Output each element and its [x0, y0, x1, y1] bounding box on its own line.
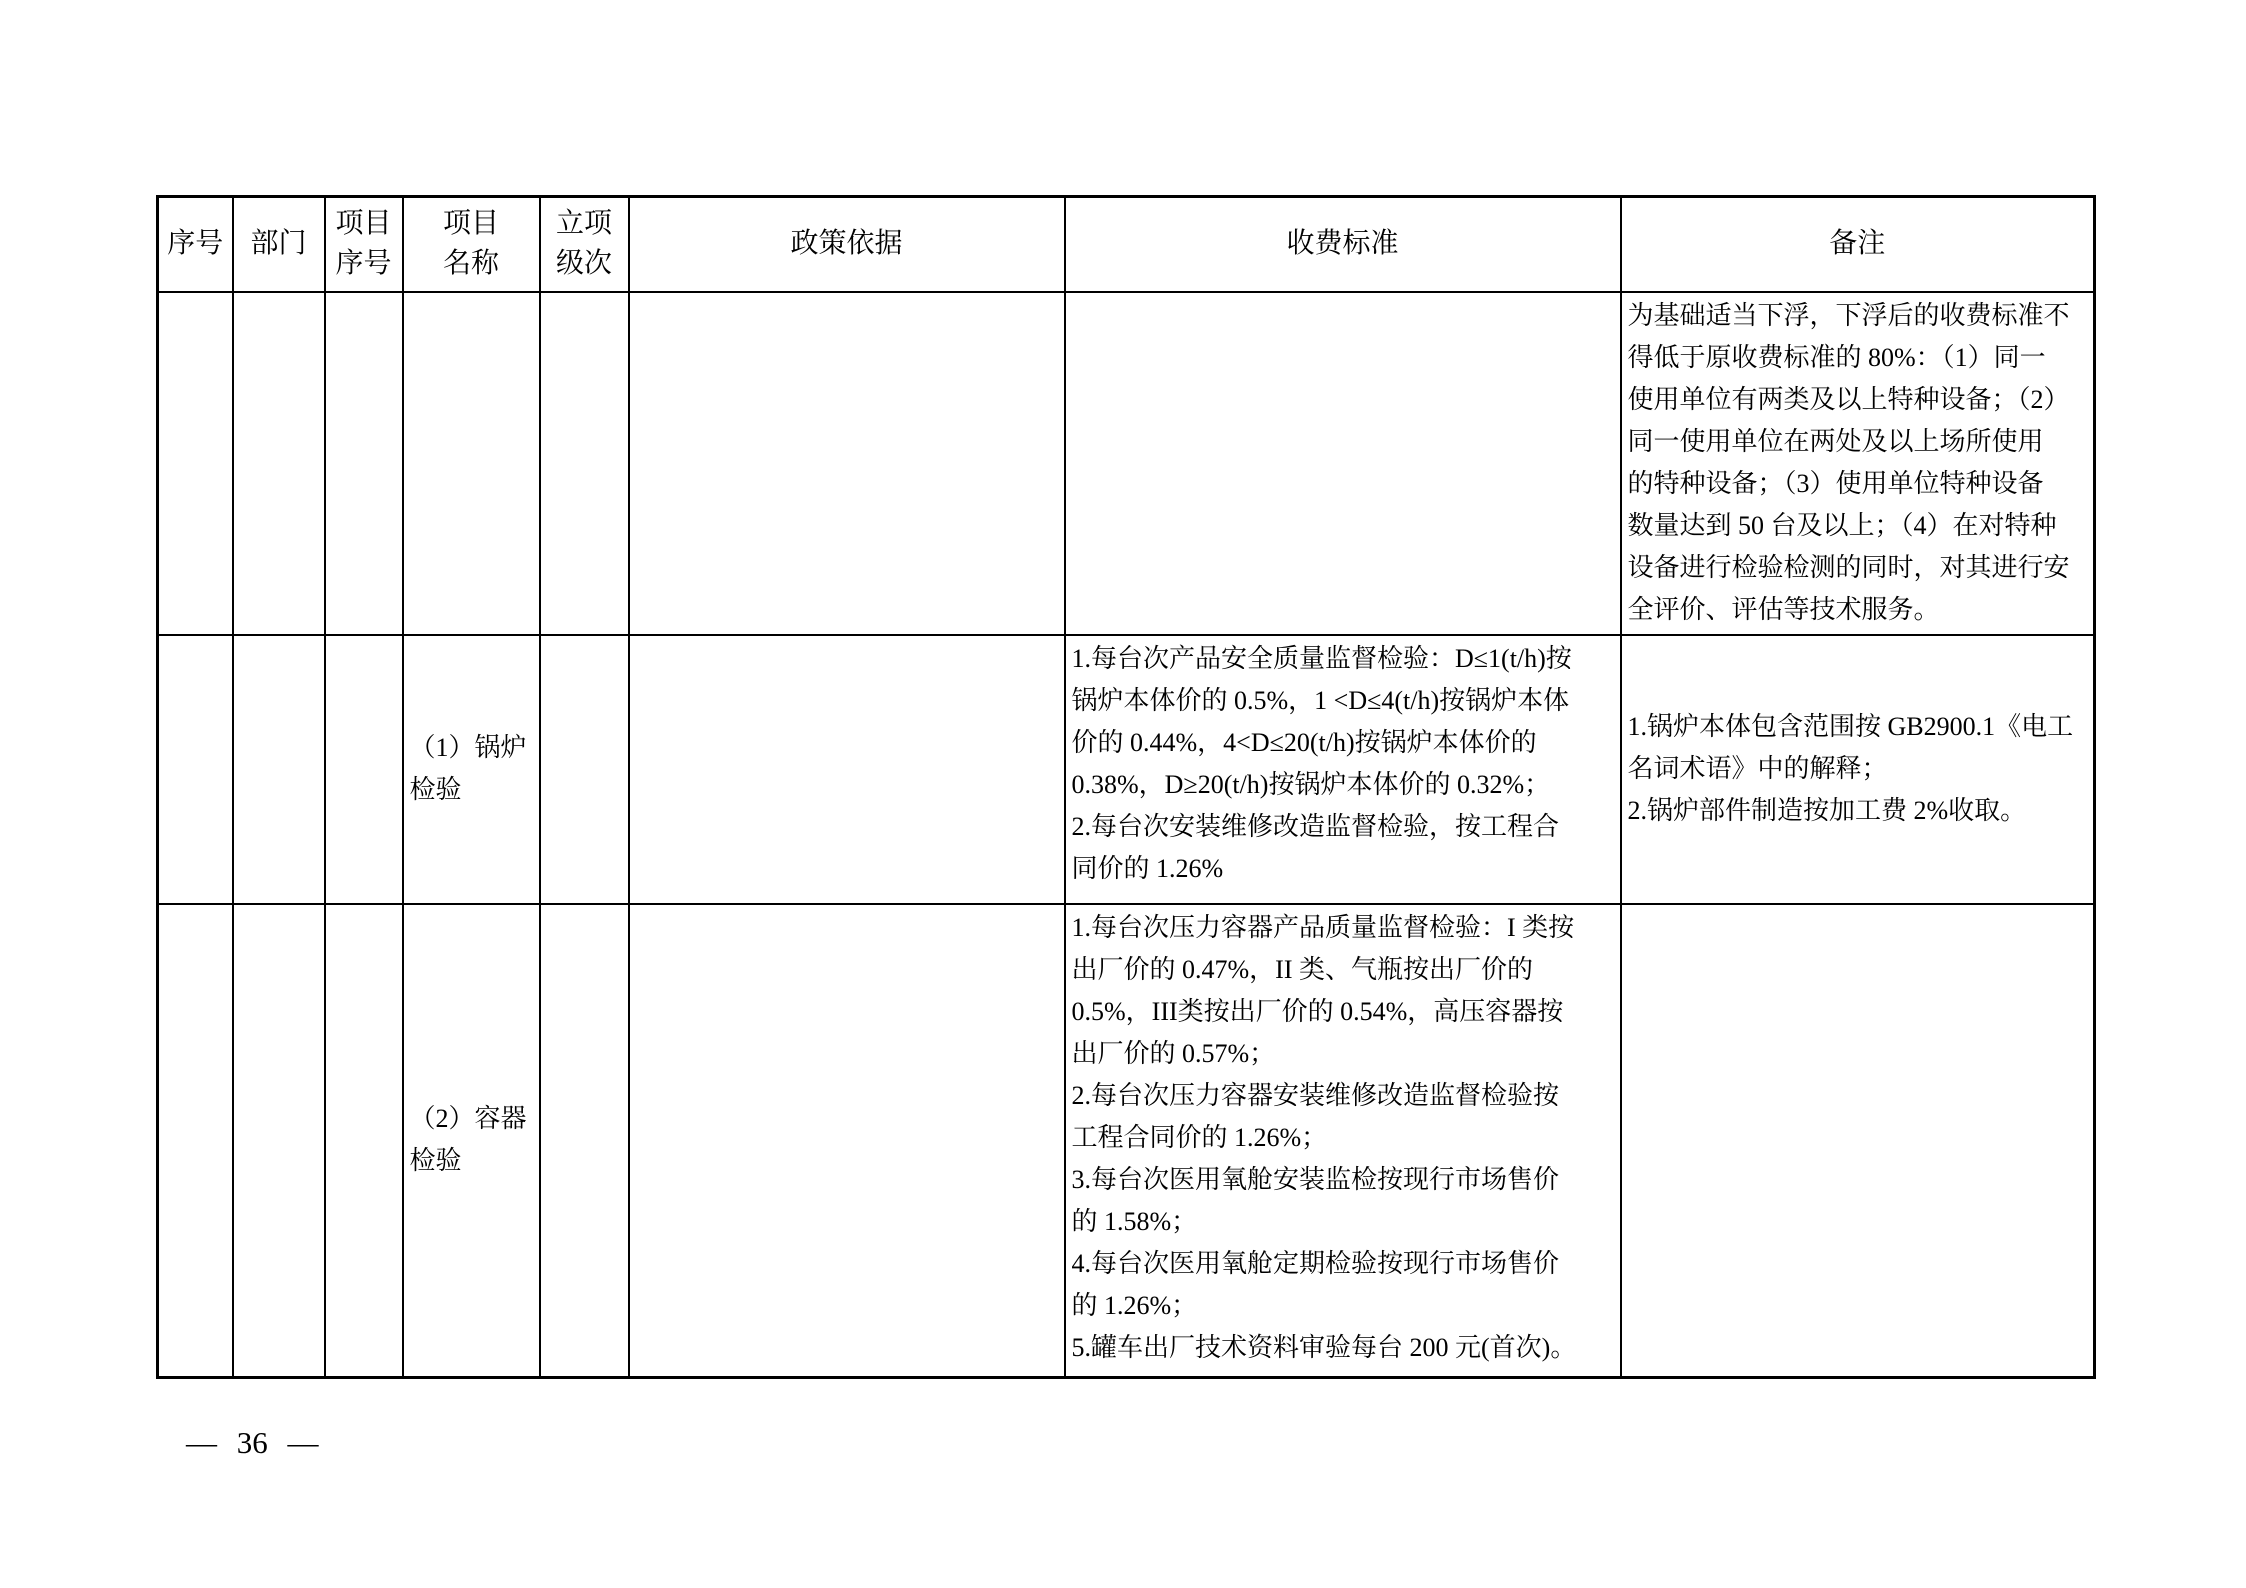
table-row-boiler-inspection: （1）锅炉 检验 1.每台次产品安全质量监督检验：D≤1(t/h)按 锅炉本体价… — [158, 635, 2095, 904]
page-number: — 36 — — [186, 1425, 319, 1461]
cell-r2-project-serial — [325, 635, 403, 904]
cell-r3-project-serial — [325, 904, 403, 1378]
header-cell-fee-standard: 收费标准 — [1065, 197, 1621, 292]
cell-r2-approval-level — [540, 635, 629, 904]
cell-r2-policy-basis — [629, 635, 1065, 904]
document-page: 序号 部门 项目 序号 项目 名称 立项 级次 政策依据 收费标准 备注 为基础… — [0, 0, 2246, 1588]
cell-r1-fee-standard — [1065, 292, 1621, 635]
cell-r2-department — [233, 635, 325, 904]
header-cell-serial-number: 序号 — [158, 197, 233, 292]
header-cell-department: 部门 — [233, 197, 325, 292]
header-cell-policy-basis: 政策依据 — [629, 197, 1065, 292]
cell-r3-approval-level — [540, 904, 629, 1378]
cell-r1-project-serial — [325, 292, 403, 635]
fee-standard-table: 序号 部门 项目 序号 项目 名称 立项 级次 政策依据 收费标准 备注 为基础… — [156, 195, 2096, 1379]
cell-r1-serial-number — [158, 292, 233, 635]
cell-r3-remarks — [1621, 904, 2095, 1378]
cell-r1-remarks: 为基础适当下浮，下浮后的收费标准不 得低于原收费标准的 80%：（1）同一 使用… — [1621, 292, 2095, 635]
table-row-continued-remark: 为基础适当下浮，下浮后的收费标准不 得低于原收费标准的 80%：（1）同一 使用… — [158, 292, 2095, 635]
cell-r2-project-name: （1）锅炉 检验 — [403, 635, 540, 904]
table-row-vessel-inspection: （2）容器 检验 1.每台次压力容器产品质量监督检验：I 类按 出厂价的 0.4… — [158, 904, 2095, 1378]
table-header-row: 序号 部门 项目 序号 项目 名称 立项 级次 政策依据 收费标准 备注 — [158, 197, 2095, 292]
cell-r3-department — [233, 904, 325, 1378]
cell-r3-serial-number — [158, 904, 233, 1378]
cell-r2-remarks: 1.锅炉本体包含范围按 GB2900.1《电工 名词术语》中的解释； 2.锅炉部… — [1621, 635, 2095, 904]
cell-r2-fee-standard: 1.每台次产品安全质量监督检验：D≤1(t/h)按 锅炉本体价的 0.5%，1 … — [1065, 635, 1621, 904]
cell-r1-policy-basis — [629, 292, 1065, 635]
header-cell-project-serial: 项目 序号 — [325, 197, 403, 292]
cell-r3-policy-basis — [629, 904, 1065, 1378]
header-cell-project-name: 项目 名称 — [403, 197, 540, 292]
cell-r3-project-name: （2）容器 检验 — [403, 904, 540, 1378]
cell-r1-project-name — [403, 292, 540, 635]
cell-r3-fee-standard: 1.每台次压力容器产品质量监督检验：I 类按 出厂价的 0.47%，II 类、气… — [1065, 904, 1621, 1378]
header-cell-approval-level: 立项 级次 — [540, 197, 629, 292]
header-cell-remarks: 备注 — [1621, 197, 2095, 292]
cell-r1-department — [233, 292, 325, 635]
cell-r2-serial-number — [158, 635, 233, 904]
cell-r1-approval-level — [540, 292, 629, 635]
